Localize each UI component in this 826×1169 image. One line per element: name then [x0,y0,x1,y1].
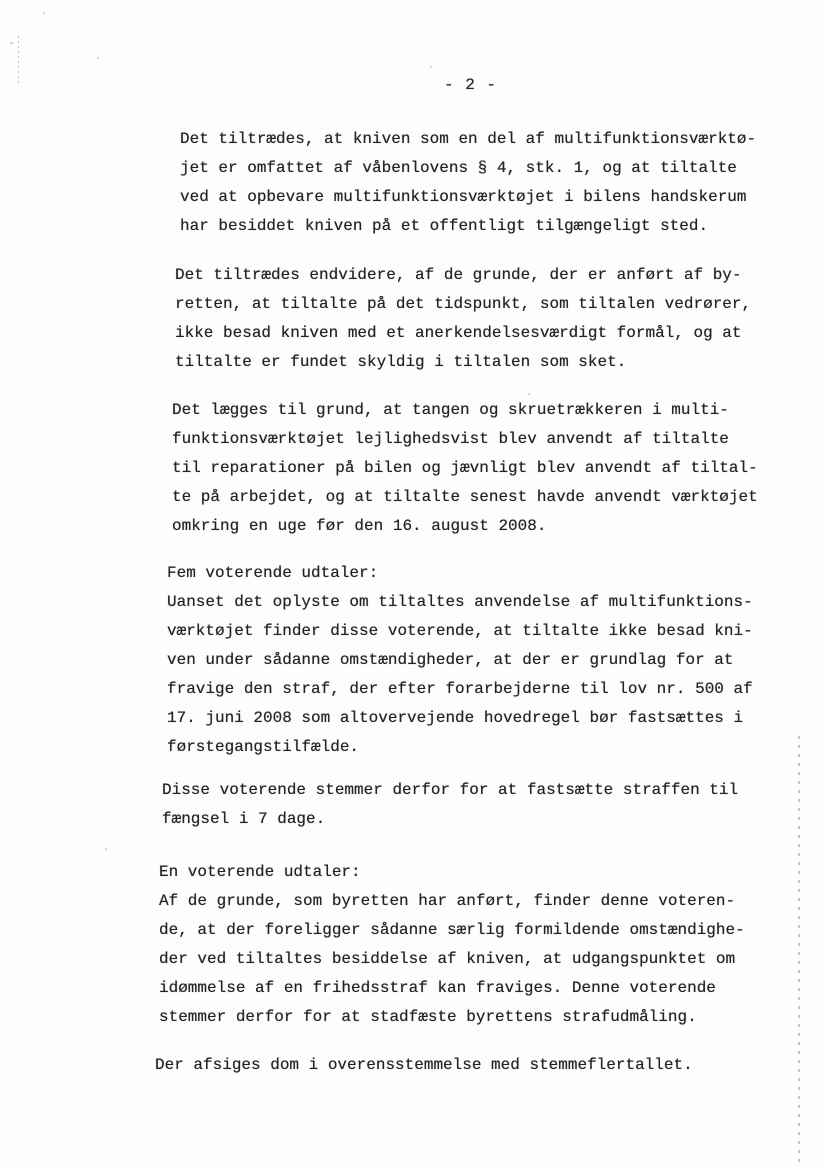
text-line: værktøjet finder disse voterende, at til… [167,617,826,646]
text-line: 17. juni 2008 som altovervejende hovedre… [167,704,826,733]
text-line: Det lægges til grund, at tangen og skrue… [172,396,826,425]
scan-speck [105,848,107,850]
text-line: ved at opbevare multifunktionsværktøjet … [180,183,826,212]
text-line: Det tiltrædes, at kniven som en del af m… [180,125,826,154]
text-line: jet er omfattet af våbenlovens § 4, stk.… [180,154,826,183]
text-line: Disse voterende stemmer derfor for at fa… [162,776,826,805]
paragraph: Disse voterende stemmer derfor for at fa… [162,776,826,834]
scan-artifact-dotted-line-left [18,36,19,86]
text-line: stemmer derfor for at stadfæste byretten… [159,1003,826,1032]
text-line: Uanset det oplyste om tiltaltes anvendel… [167,588,826,617]
scanned-document-page: - 2 - Det tiltrædes, at kniven som en de… [0,0,826,1169]
text-line: fravige den straf, der efter forarbejder… [167,675,826,704]
paragraph: Det tiltrædes, at kniven som en del af m… [180,125,826,241]
text-line: har besiddet kniven på et offentligt til… [180,212,826,241]
document-body: Det tiltrædes, at kniven som en del af m… [0,125,826,1080]
scan-speck [97,57,99,59]
scan-speck [43,12,45,14]
text-line: omkring en uge før den 16. august 2008. [172,512,826,541]
text-line: Fem voterende udtaler: [167,559,826,588]
text-line: Der afsiges dom i overensstemmelse med s… [155,1051,826,1080]
text-line: idømmelse af en frihedsstraf kan fravige… [159,974,826,1003]
text-line: ven under sådanne omstændigheder, at der… [167,646,826,675]
paragraph-verdict: Der afsiges dom i overensstemmelse med s… [155,1051,826,1080]
text-line: Af de grunde, som byretten har anført, f… [159,887,826,916]
paragraph-five-judges-opinion: Fem voterende udtaler: Uanset det oplyst… [167,559,826,762]
paragraph: Det tiltrædes endvidere, af de grunde, d… [175,261,826,377]
scan-speck [430,66,432,68]
text-line: fængsel i 7 dage. [162,805,826,834]
page-number: - 2 - [444,71,497,100]
text-line: En voterende udtaler: [159,858,826,887]
scan-speck [10,42,13,44]
text-line: førstegangstilfælde. [167,733,826,762]
text-line: te på arbejdet, og at tiltalte senest ha… [172,483,826,512]
paragraph-one-judge-opinion: En voterende udtaler: Af de grunde, som … [159,858,826,1032]
scan-artifact-dotted-line-right [798,736,800,1166]
paragraph: Det lægges til grund, at tangen og skrue… [172,396,826,541]
text-line: de, at der foreligger sådanne særlig for… [159,916,826,945]
scan-speck [528,393,530,395]
text-line: til reparationer på bilen og jævnligt bl… [172,454,826,483]
text-line: der ved tiltaltes besiddelse af kniven, … [159,945,826,974]
text-line: retten, at tiltalte på det tidspunkt, so… [175,290,826,319]
text-line: ikke besad kniven med et anerkendelsesvæ… [175,319,826,348]
text-line: Det tiltrædes endvidere, af de grunde, d… [175,261,826,290]
text-line: tiltalte er fundet skyldig i tiltalen so… [175,348,826,377]
text-line: funktionsværktøjet lejlighedsvist blev a… [172,425,826,454]
